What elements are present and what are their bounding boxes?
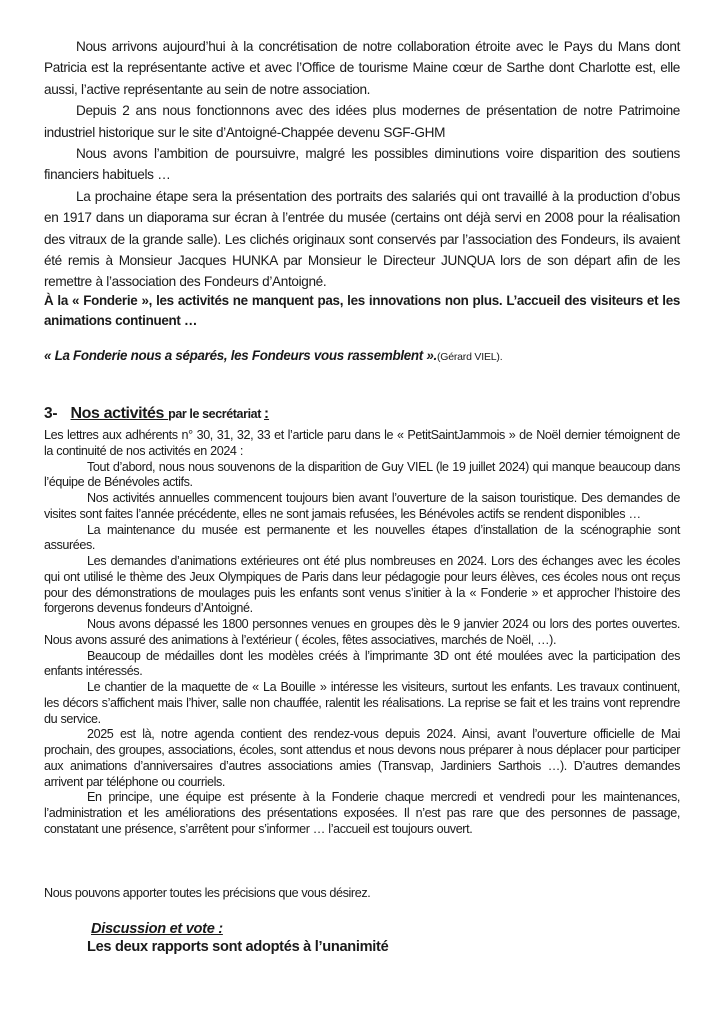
activities-paragraph-2: Tout d’abord, nous nous souvenons de la …: [44, 460, 680, 492]
intro-paragraph-4: La prochaine étape sera la présentation …: [44, 186, 680, 293]
closing-statement: Nous pouvons apporter toutes les précisi…: [44, 886, 370, 902]
section-heading: 3- Nos activités par le secrétariat :: [44, 397, 269, 425]
activities-paragraph-8: Le chantier de la maquette de « La Bouil…: [44, 680, 680, 727]
activities-paragraph-3: Nos activités annuelles commencent toujo…: [44, 491, 680, 523]
activities-paragraph-1: Les lettres aux adhérents n° 30, 31, 32,…: [44, 428, 680, 460]
intro-section: Nous arrivons aujourd’hui à la concrétis…: [44, 36, 680, 293]
activities-paragraph-6: Nous avons dépassé les 1800 personnes ve…: [44, 617, 680, 649]
vote-title: Discussion et vote :: [91, 920, 388, 938]
section-number: 3-: [44, 405, 57, 422]
intro-paragraph-1: Nous arrivons aujourd’hui à la concrétis…: [44, 36, 680, 100]
activities-section: Les lettres aux adhérents n° 30, 31, 32,…: [44, 428, 680, 838]
vote-result: Les deux rapports sont adoptés à l’unani…: [87, 938, 388, 956]
quote: « La Fonderie nous a séparés, les Fondeu…: [44, 346, 502, 367]
activities-paragraph-10: En principe, une équipe est présente à l…: [44, 790, 680, 837]
section-subtitle: par le secrétariat: [168, 407, 264, 421]
activities-paragraph-5: Les demandes d’animations extérieures on…: [44, 554, 680, 617]
intro-paragraph-2: Depuis 2 ans nous fonctionnons avec des …: [44, 100, 680, 143]
intro-paragraph-3: Nous avons l’ambition de poursuivre, mal…: [44, 143, 680, 186]
section-title: Nos activités: [71, 405, 169, 422]
section-colon: :: [264, 405, 269, 422]
highlight-statement: À la « Fonderie », les activités ne manq…: [44, 291, 680, 331]
vote-section: Discussion et vote : Les deux rapports s…: [87, 920, 388, 956]
activities-paragraph-4: La maintenance du musée est permanente e…: [44, 523, 680, 555]
activities-paragraph-9: 2025 est là, notre agenda contient des r…: [44, 727, 680, 790]
quote-text: « La Fonderie nous a séparés, les Fondeu…: [44, 348, 437, 363]
quote-author: (Gérard VIEL).: [437, 351, 502, 363]
activities-paragraph-7: Beaucoup de médailles dont les modèles c…: [44, 649, 680, 681]
